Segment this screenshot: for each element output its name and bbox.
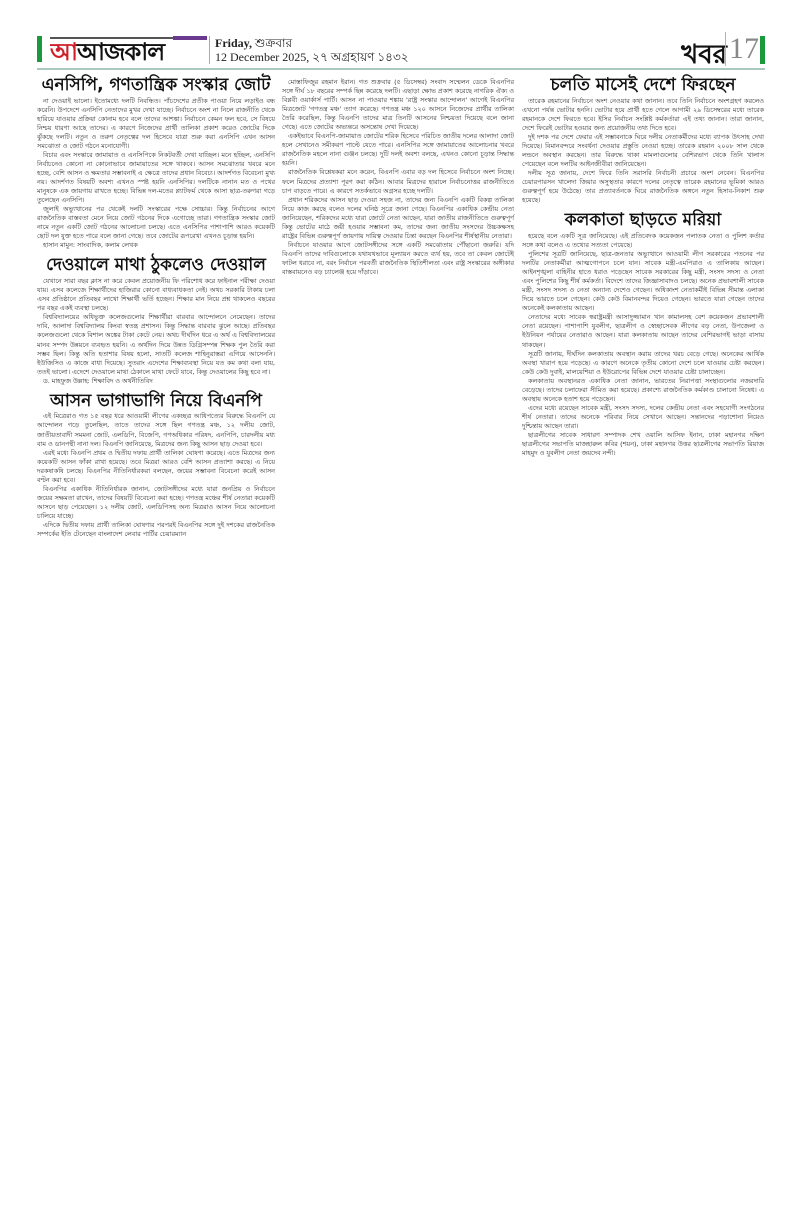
- paragraph: বিএনপির একাধিক নীতিনির্ধারক জানান, জোটসঙ…: [37, 485, 275, 521]
- paragraph: সূত্রটি জানায়, দীর্ঘদিন কলকাতায় অবস্থা…: [522, 350, 764, 377]
- paragraph: মোস্তাফিজুর রহমান ইরান। গত শুক্রবার (৫ ড…: [282, 78, 514, 132]
- article-kolkata: কলকাতা ছাড়তে মরিয়া হয়েছে বলে একটি সূত…: [522, 211, 764, 458]
- paragraph: প্রধান শরিকদের আসন ছাড় দেওয়া সহজ না, ত…: [282, 196, 514, 241]
- day-bengali: শুক্রবার: [255, 36, 292, 50]
- article-body: হয়েছে বলে একটি সূত্র জানিয়েছে। এই প্রত…: [522, 232, 764, 458]
- date-line: 12 December 2025, ২৭ অগ্রহায়ণ ১৪৩২: [215, 50, 409, 64]
- masthead: আআজকাল Friday, শুক্রবার 12 December 2025…: [37, 36, 765, 66]
- middle-column: মোস্তাফিজুর রহমান ইরান। গত শুক্রবার (৫ ড…: [282, 74, 514, 277]
- headline-kolkata: কলকাতা ছাড়তে মরিয়া: [522, 211, 764, 230]
- article-wall: দেওয়ালে মাথা ঠুকলেও দেওয়াল যেখানে সারা…: [37, 256, 275, 385]
- article-ncp: এনসিপি, গণতান্ত্রিক সংস্কার জোট না দেওয়…: [37, 76, 275, 250]
- headline-ncp: এনসিপি, গণতান্ত্রিক সংস্কার জোট: [37, 76, 275, 95]
- accent-bar: [760, 36, 765, 64]
- paragraph: নেতাদের মধ্যে সাবেক স্বরাষ্ট্রমন্ত্রী আস…: [522, 313, 764, 349]
- paragraph: দলীয় সূত্র জানায়, দেশে ফিরে তিনি সরাসর…: [522, 169, 764, 205]
- paragraph: এই মিত্রেরাও গত ১৫ বছর ধরে আওয়ামী লীগের…: [37, 412, 275, 448]
- article-body: না দেওয়াই ভালো। ইতোমধ্যে দলটি নিবন্ধিত।…: [37, 97, 275, 251]
- paragraph: না দেওয়াই ভালো। ইতোমধ্যে দলটি নিবন্ধিত।…: [37, 97, 275, 151]
- paragraph: কলকাতায় অবস্থানরত একাধিক নেতা জানান, ভা…: [522, 377, 764, 404]
- headline-bnp-seats: আসন ভাগাভাগি নিয়ে বিএনপি: [37, 392, 275, 411]
- day-english: Friday,: [215, 36, 252, 50]
- right-column: চলতি মাসেই দেশে ফিরছেন তারেক রহমানের নির…: [522, 74, 764, 458]
- paragraph: যেখানে সারা বছর ক্লাস না করে কেবল প্রয়ো…: [37, 277, 275, 313]
- headline-return-home: চলতি মাসেই দেশে ফিরছেন: [522, 76, 764, 95]
- left-column: এনসিপি, গণতান্ত্রিক সংস্কার জোট না দেওয়…: [37, 74, 275, 539]
- article-body-continued: মোস্তাফিজুর রহমান ইরান। গত শুক্রবার (৫ ড…: [282, 78, 514, 277]
- paragraph: রাজনৈতিক বিশ্লেষকরা মনে করেন, বিএনপি এবা…: [282, 168, 514, 195]
- section-name: খবর: [681, 34, 727, 78]
- article-return-home: চলতি মাসেই দেশে ফিরছেন তারেক রহমানের নির…: [522, 76, 764, 205]
- paragraph: বিশ্ববিদ্যালয়ের অধিভুক্ত কলেজগুলোর শিক্…: [37, 313, 275, 376]
- byline: ড. মাহফুজ উল্লাহ: শিক্ষাবিদ ও অর্থনীতিবি…: [37, 377, 275, 386]
- byline: হাসান মামুন: সাংবাদিক, কলাম লেখক: [37, 241, 275, 250]
- paragraph: তারেক রহমানের নির্বাচনে অংশ নেওয়ার কথা …: [522, 97, 764, 133]
- paragraph: এদিকে দ্বিতীয় দফায় প্রার্থী তালিকা ঘোষ…: [37, 521, 275, 539]
- paragraph: বিচার এবং সংস্কারে জামায়াত ও এনসিপিকে ন…: [37, 151, 275, 205]
- paragraph: এদের মধ্যে রয়েছেন সাবেক মন্ত্রী, সংসদ স…: [522, 404, 764, 431]
- article-bnp-seats: আসন ভাগাভাগি নিয়ে বিএনপি এই মিত্রেরাও গ…: [37, 392, 275, 539]
- article-body: যেখানে সারা বছর ক্লাস না করে কেবল প্রয়ো…: [37, 277, 275, 386]
- article-body: এই মিত্রেরাও গত ১৫ বছর ধরে আওয়ামী লীগের…: [37, 412, 275, 539]
- paragraph: পুলিশের সূত্রটি জানিয়েছে, ছাত্র-জনতার অ…: [522, 250, 764, 313]
- headline-wall: দেওয়ালে মাথা ঠুকলেও দেওয়াল: [37, 256, 275, 275]
- paragraph: দুই দশক পর দেশে ফেরার এই সম্ভাবনাকে ঘিরে…: [522, 133, 764, 169]
- paragraph: ছাত্রলীগের সাবেক সাধারণ সম্পাদক শেখ ওয়া…: [522, 431, 764, 458]
- paragraph: নির্বাচনে যাওয়ার আগে জোটসঙ্গীদের সঙ্গে …: [282, 241, 514, 277]
- newspaper-logo: আআজকাল: [37, 36, 213, 62]
- date-block: Friday, শুক্রবার 12 December 2025, ২৭ অগ…: [209, 36, 409, 64]
- paragraph: জুলাই অভ্যুত্থানের পর থেকেই দলটি সংস্কার…: [37, 205, 275, 241]
- article-body: তারেক রহমানের নির্বাচনে অংশ নেওয়ার কথা …: [522, 97, 764, 206]
- logo-wordmark: আআজকাল: [50, 39, 210, 65]
- masthead-divider: [37, 68, 765, 70]
- paragraph: এরই মধ্যে বিএনপি প্রথম ও দ্বিতীয় দফায় …: [37, 449, 275, 485]
- page-number: 17: [725, 32, 759, 66]
- paragraph: হয়েছে বলে একটি সূত্র জানিয়েছে। এই প্রত…: [522, 232, 764, 250]
- paragraph: একইভাবে বিএনপি-জামায়াত জোটের শরিক হিসেব…: [282, 132, 514, 168]
